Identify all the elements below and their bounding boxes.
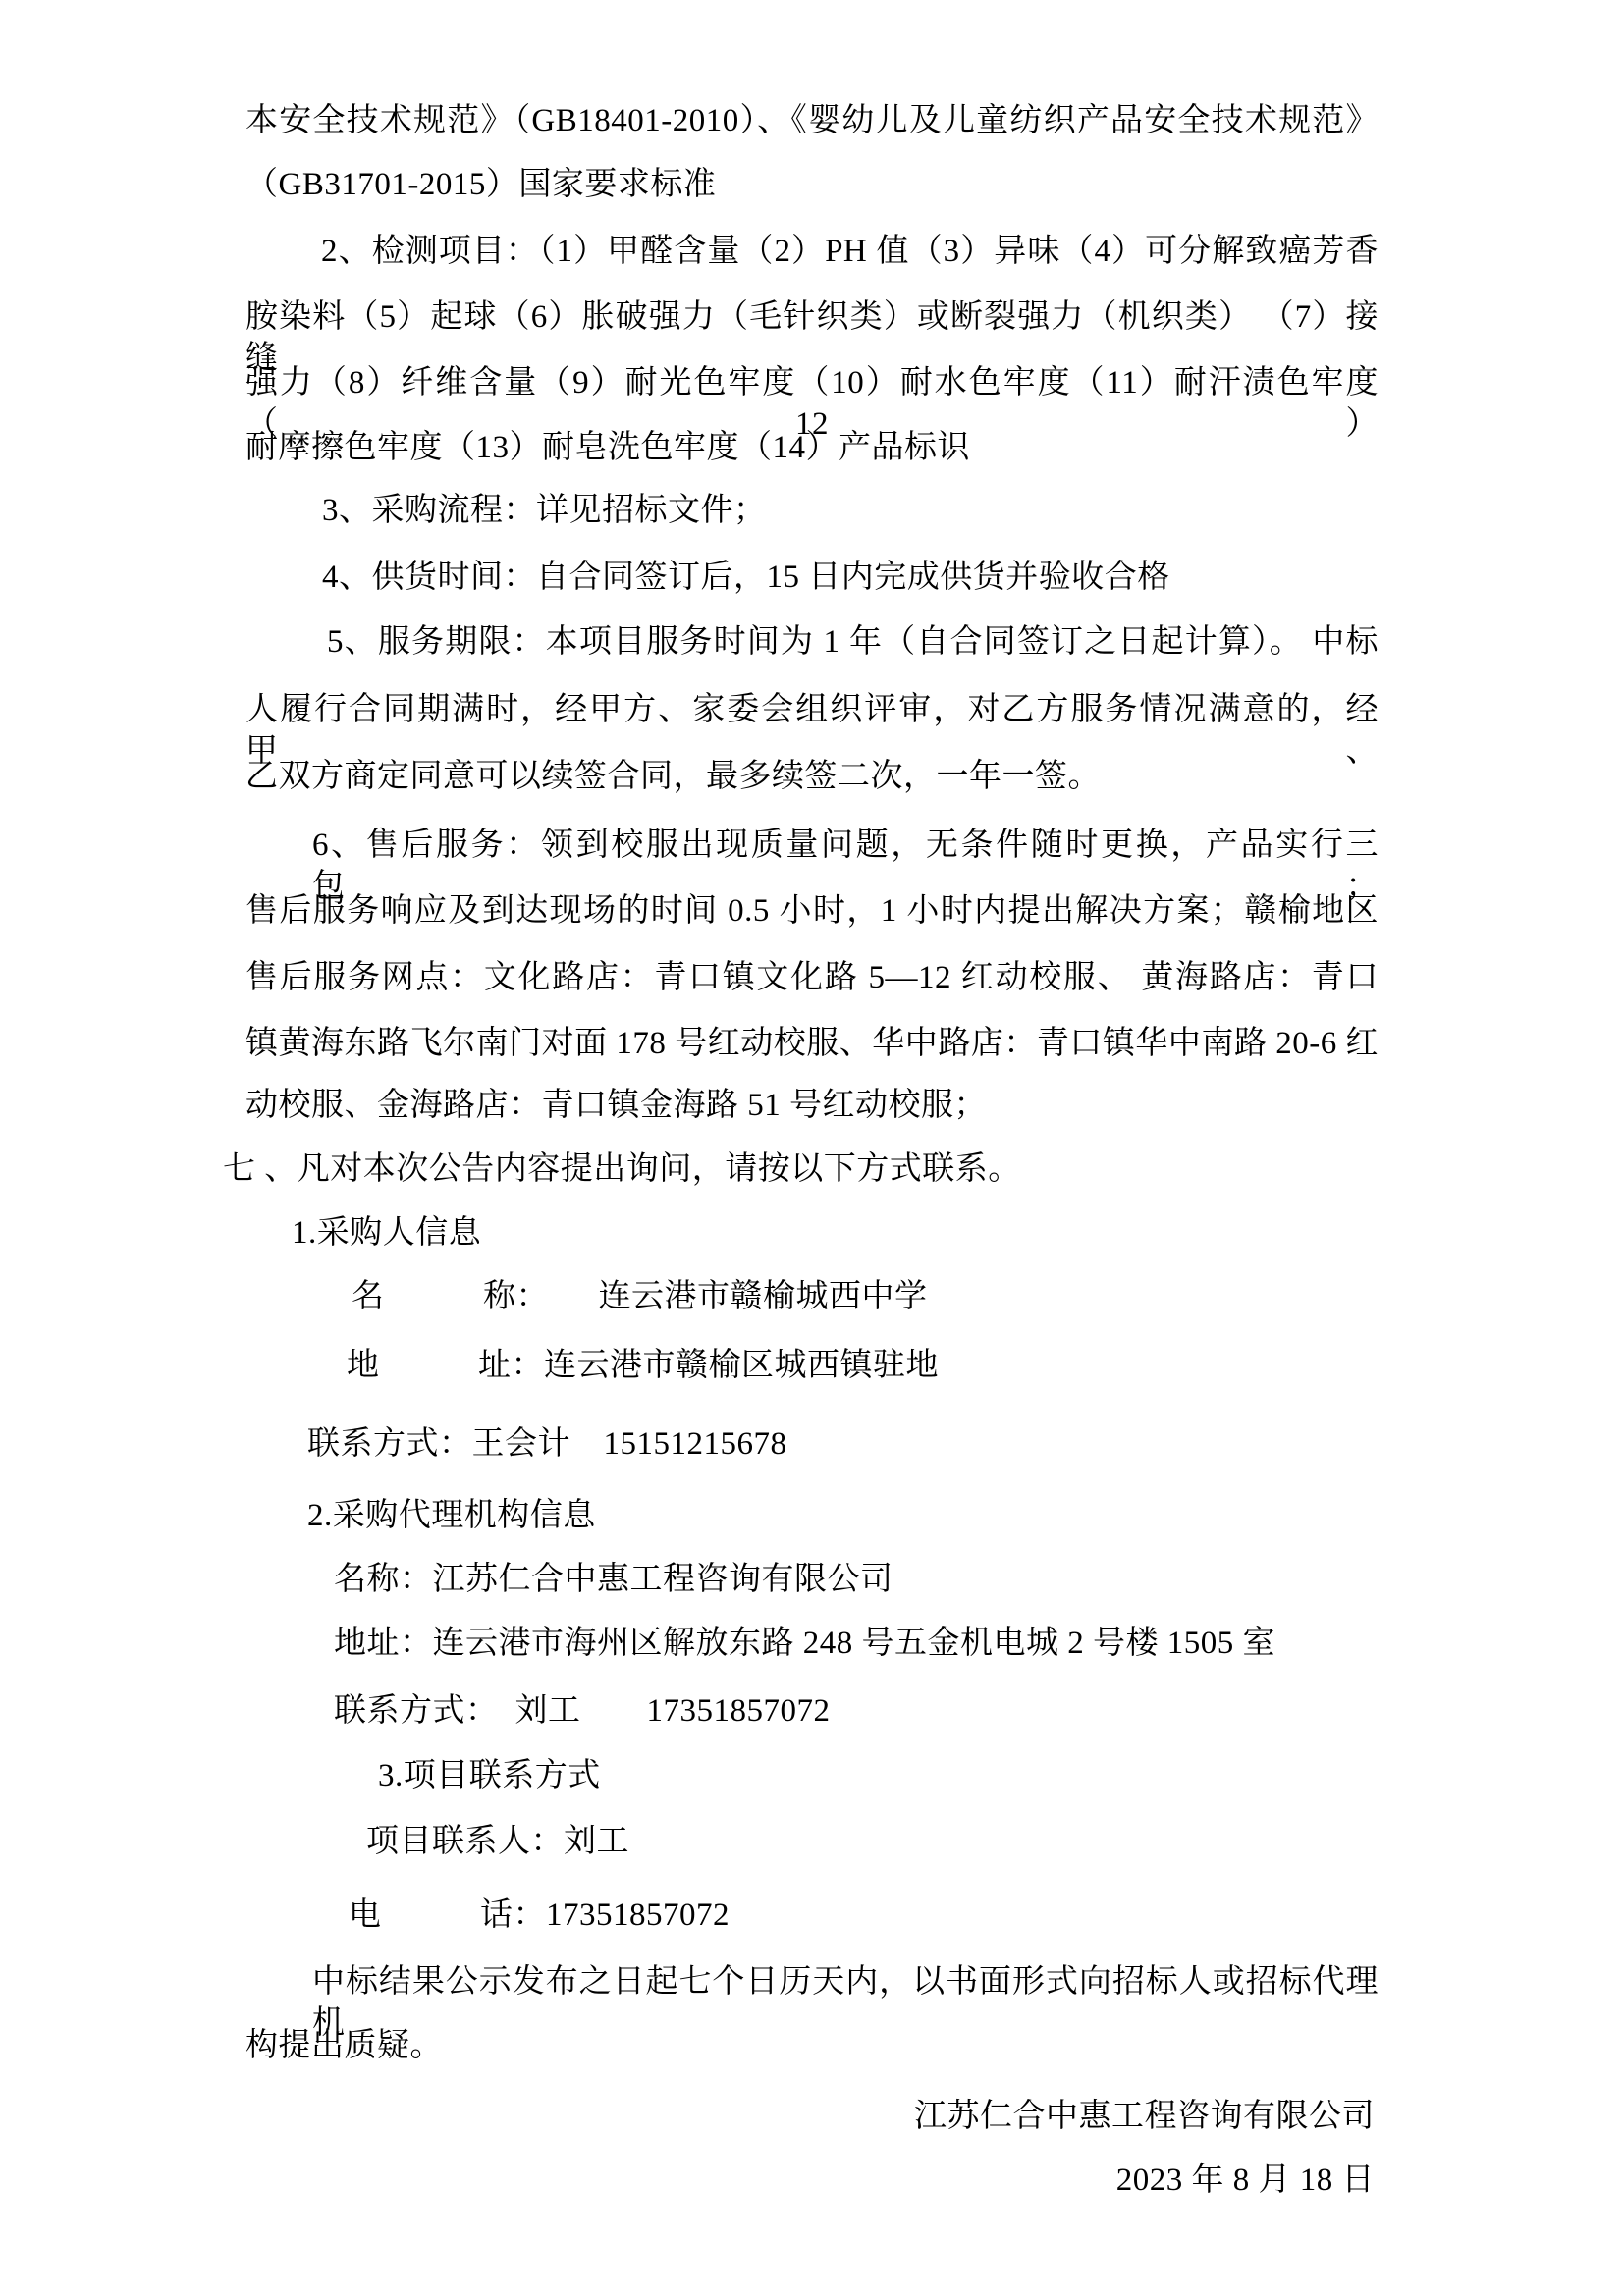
purchaser-contact-line: 联系方式：王会计 15151215678 [307, 1423, 787, 1465]
purchaser-address-line: 地 址：连云港市赣榆区城西镇驻地 [347, 1345, 939, 1386]
item-5-service-term-line-1: 5、服务期限：本项目服务时间为 1 年（自合同签订之日起计算）。 中标 [327, 621, 1379, 663]
item-6-after-sales-line-5: 动校服、金海路店：青口镇金海路 51 号红动校服； [245, 1085, 987, 1126]
purchaser-name-line: 名 称： 连云港市赣榆城西中学 [352, 1276, 928, 1317]
item-4-delivery-time: 4、供货时间：自合同签订后，15 日内完成供货并验收合格 [322, 557, 1170, 598]
objection-notice-line-2: 构提出质疑。 [245, 2025, 443, 2066]
agency-name-line: 名称：江苏仁合中惠工程咨询有限公司 [334, 1559, 893, 1600]
item-2-test-items-line-4: 耐摩擦色牢度（13）耐皂洗色牢度（14）产品标识 [245, 427, 970, 468]
item-2-test-items-line-1: 2、检测项目：（1）甲醛含量（2）PH 值（3）异味（4）可分解致癌芳香 [321, 231, 1379, 272]
project-contact-heading: 3.项目联系方式 [378, 1755, 601, 1796]
agency-contact-line: 联系方式： 刘工 17351857072 [334, 1690, 831, 1732]
item-6-after-sales-line-3: 售后服务网点：文化路店：青口镇文化路 5—12 红动校服、 黄海路店：青口 [245, 957, 1379, 998]
issue-date: 2023 年 8 月 18 日 [1116, 2160, 1375, 2201]
item-6-after-sales-line-2: 售后服务响应及到达现场的时间 0.5 小时，1 小时内提出解决方案；赣榆地区 [245, 890, 1379, 932]
objection-notice-line-1: 中标结果公示发布之日起七个日历天内，以书面形式向招标人或招标代理机 [312, 1961, 1379, 2044]
agency-address-line: 地址：连云港市海州区解放东路 248 号五金机电城 2 号楼 1505 室 [334, 1623, 1275, 1664]
item-3-procurement-process: 3、采购流程：详见招标文件； [322, 490, 767, 531]
issuer-signature: 江苏仁合中惠工程咨询有限公司 [914, 2096, 1375, 2137]
item-5-service-term-line-3: 乙双方商定同意可以续签合同，最多续签二次，一年一签。 [245, 756, 1101, 797]
document-page: 本安全技术规范》（GB18401-2010）、《婴幼儿及儿童纺织产品安全技术规范… [0, 0, 1624, 2296]
section-7-heading: 七 、凡对本次公告内容提出询问，请按以下方式联系。 [223, 1148, 1021, 1190]
agency-info-heading: 2.采购代理机构信息 [307, 1495, 596, 1536]
project-contact-phone-line: 电 话：17351857072 [349, 1895, 730, 1936]
paragraph-line-standards-ref-2: （GB31701-2015）国家要求标准 [245, 164, 716, 205]
project-contact-person-line: 项目联系人：刘工 [366, 1821, 629, 1862]
purchaser-info-heading: 1.采购人信息 [292, 1212, 481, 1254]
item-6-after-sales-line-4: 镇黄海东路飞尔南门对面 178 号红动校服、华中路店：青口镇华中南路 20-6 … [245, 1023, 1379, 1064]
paragraph-line-standards-ref: 本安全技术规范》（GB18401-2010）、《婴幼儿及儿童纺织产品安全技术规范… [245, 100, 1379, 141]
